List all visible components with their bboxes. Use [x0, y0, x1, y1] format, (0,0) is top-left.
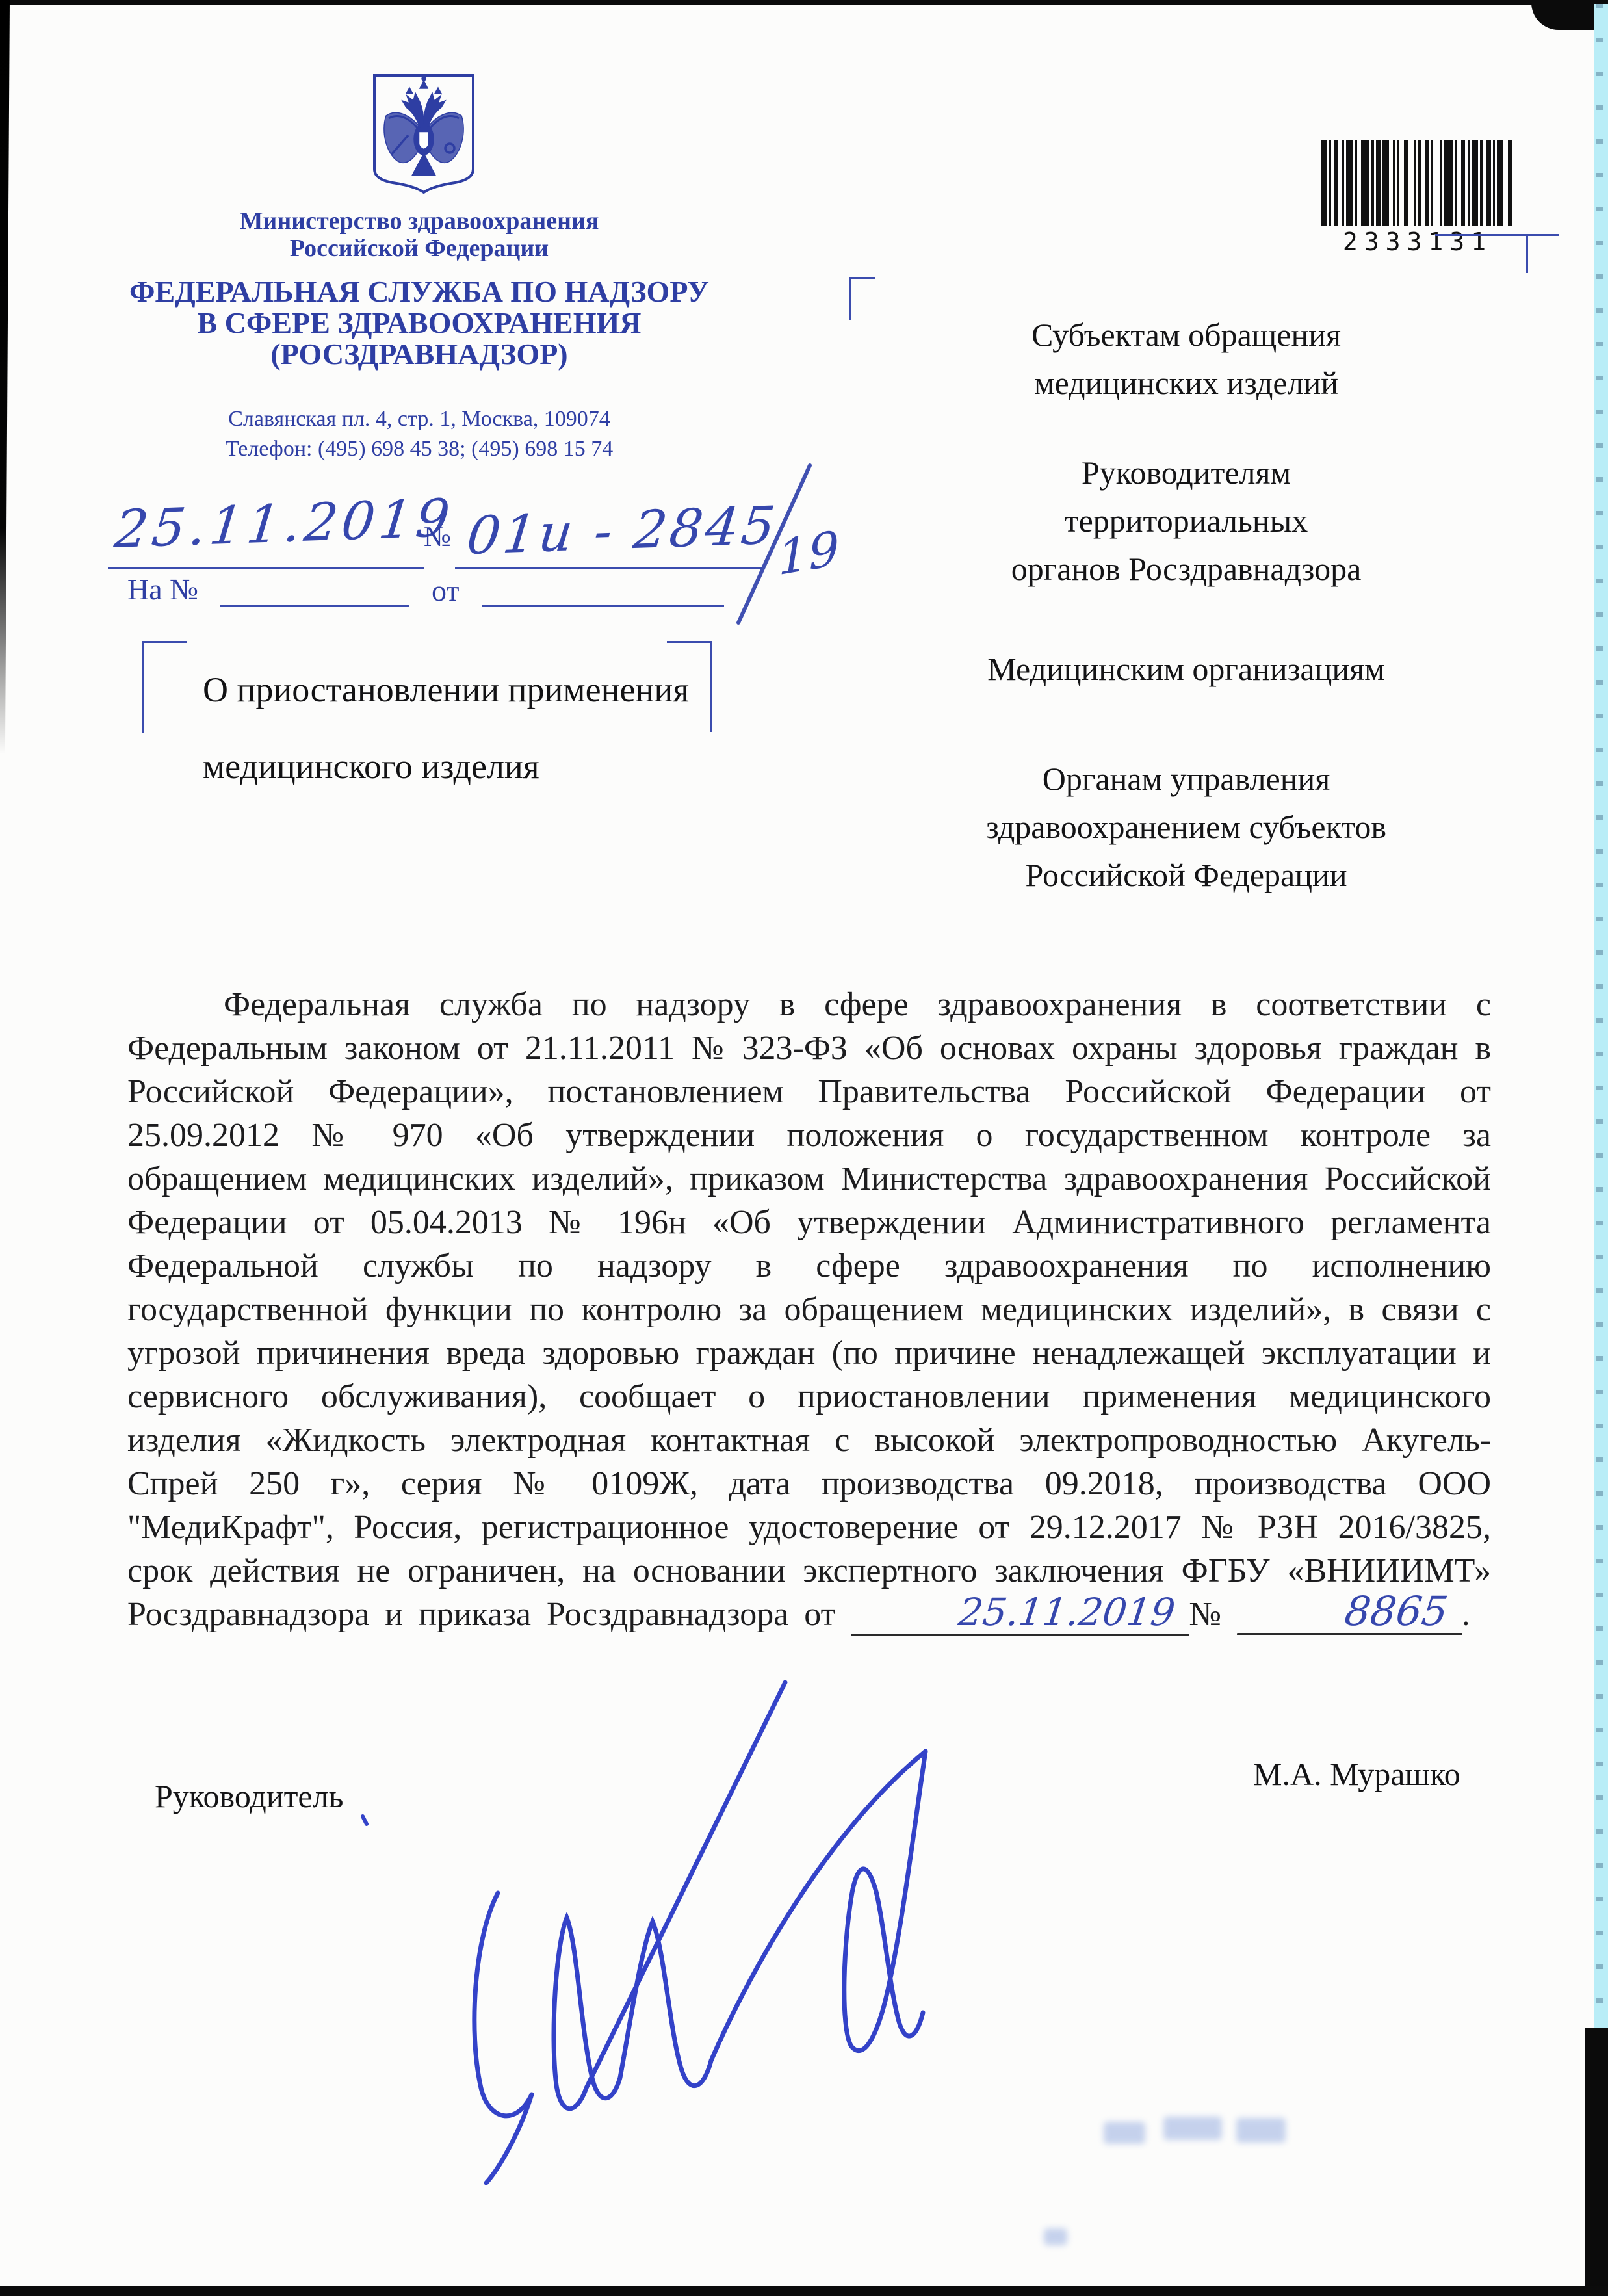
number-sign-label: №	[424, 520, 451, 553]
signer-name: М.А. Мурашко	[1253, 1755, 1460, 1793]
subject-bracket-right-h	[667, 641, 712, 643]
stray-corner-line	[1435, 234, 1559, 236]
letterhead-address: Славянская пл. 4, стр. 1, Москва, 109074	[78, 407, 760, 432]
scan-edge-top-right	[1531, 0, 1608, 30]
scan-edge-left	[0, 0, 10, 754]
barcode-bar	[1346, 140, 1353, 226]
ministry-name-line2: Российской Федерации	[78, 234, 760, 263]
subject-line2: медицинского изделия	[203, 746, 539, 787]
recipient-line: органов Росздравнадзора	[861, 545, 1511, 593]
reply-to-label: На №	[127, 572, 198, 607]
coat-of-arms-icon	[369, 73, 478, 195]
faint-ink-mark	[1236, 2118, 1286, 2143]
reply-date-underline	[482, 605, 724, 607]
faint-ink-mark	[1104, 2122, 1145, 2144]
recipient-line: Медицинским организациям	[861, 645, 1511, 693]
barcode-gap	[1433, 140, 1440, 226]
ministry-name-line1: Министерство здравоохранения	[78, 207, 760, 235]
body-paragraph: Федеральная служба по надзору в сфере зд…	[127, 983, 1491, 1636]
handwritten-order-date: 25.11.2019	[851, 1593, 1194, 1636]
service-name-line1: ФЕДЕРАЛЬНАЯ СЛУЖБА ПО НАДЗОРУ	[78, 274, 760, 309]
recipients-block: Субъектам обращения медицинских изделий …	[861, 311, 1511, 899]
recipient-line: Российской Федерации	[861, 851, 1511, 899]
barcode-bar	[1361, 140, 1369, 226]
recipient-line: Органам управления	[861, 755, 1511, 803]
recipient-line: Субъектам обращения	[861, 311, 1511, 359]
handwritten-outgoing-number: 01и - 2845	[464, 495, 781, 566]
number-underline	[455, 567, 762, 569]
body-main-text: Федеральная служба по надзору в сфере зд…	[127, 986, 1491, 1633]
barcode-bar	[1321, 140, 1327, 226]
service-name-line2: В СФЕРЕ ЗДРАВООХРАНЕНИЯ	[78, 306, 760, 340]
handwritten-outgoing-date: 25.11.2019	[112, 488, 456, 560]
address-zone-corner-v	[849, 277, 851, 320]
stray-corner-tick	[1526, 235, 1528, 273]
scan-edge-right	[1594, 4, 1608, 2050]
handwritten-outgoing-number-suffix: 19	[777, 521, 840, 586]
signer-position-label: Руководитель	[155, 1777, 343, 1815]
faint-ink-mark	[1163, 2117, 1222, 2140]
barcode-number: 2333131	[1321, 228, 1514, 256]
subject-bracket-left-h	[142, 641, 187, 643]
barcode-gap	[1408, 140, 1414, 226]
address-zone-corner-h	[849, 277, 875, 279]
recipient-line: медицинских изделий	[861, 359, 1511, 407]
order-number-sign: №	[1189, 1596, 1221, 1633]
handwritten-order-number: 8865	[1237, 1593, 1467, 1635]
date-underline	[108, 567, 424, 569]
recipient-line: Руководителям	[861, 449, 1511, 497]
barcode-icon	[1321, 140, 1514, 226]
subject-line1: О приостановлении применения	[203, 670, 689, 710]
scan-edge-right-ticks	[1596, 4, 1603, 2050]
subject-bracket-right-v	[710, 641, 712, 732]
subject-bracket-left-v	[142, 641, 144, 733]
scan-edge-top	[0, 0, 1608, 5]
barcode-bar	[1382, 140, 1389, 226]
scanned-letter-page: Министерство здравоохранения Российской …	[0, 0, 1608, 2296]
barcode-gap	[1512, 140, 1514, 226]
barcode-bar	[1497, 140, 1503, 226]
recipient-line: территориальных	[861, 497, 1511, 545]
scan-edge-bottom	[0, 2286, 1608, 2296]
scan-edge-right-bottom	[1585, 2028, 1608, 2296]
barcode-bar	[1472, 140, 1478, 226]
reply-from-label: от	[432, 573, 460, 608]
faint-ink-mark	[1044, 2228, 1067, 2245]
recipient-line: здравоохранением субъектов	[861, 803, 1511, 851]
letterhead-phone: Телефон: (495) 698 45 38; (495) 698 15 7…	[78, 437, 760, 462]
reply-number-underline	[220, 605, 409, 607]
service-name-line3: (РОСЗДРАВНАДЗОР)	[78, 337, 760, 371]
barcode-bar	[1444, 140, 1453, 226]
